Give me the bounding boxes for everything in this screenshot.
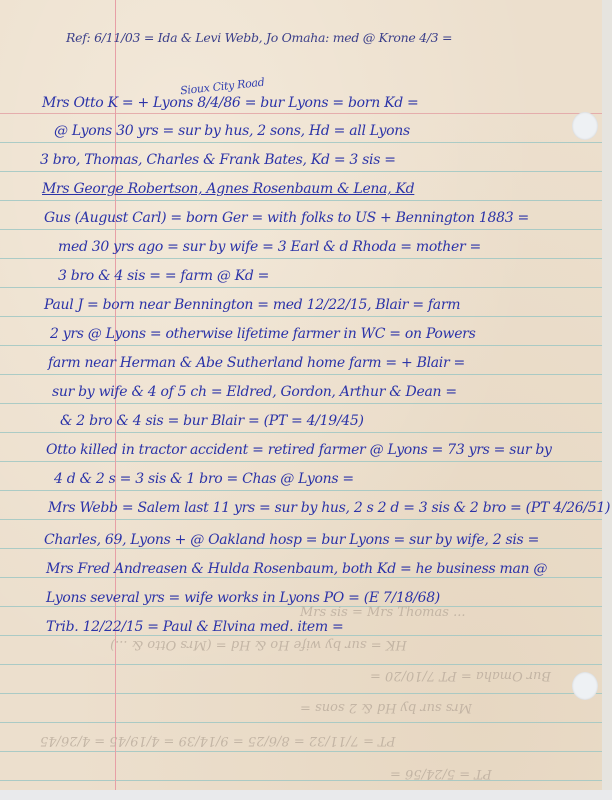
note-line: Gus (August Carl) = born Ger = with folk… [44, 210, 529, 226]
punch-hole [572, 112, 598, 140]
note-line: Mrs Otto K = + Lyons 8/4/86 = bur Lyons … [42, 95, 418, 111]
ruled-line [0, 142, 602, 143]
ruled-line [0, 635, 602, 636]
reference-note: Ref: 6/11/03 = Ida & Levi Webb, Jo Omaha… [66, 30, 452, 45]
ruled-line [0, 432, 602, 433]
note-line: 3 bro, Thomas, Charles & Frank Bates, Kd… [40, 152, 396, 168]
note-line: med 30 yrs ago = sur by wife = 3 Earl & … [58, 239, 481, 255]
note-line: Mrs George Robertson, Agnes Rosenbaum & … [42, 181, 414, 197]
ruled-line [0, 722, 602, 723]
ruled-line [0, 316, 602, 317]
punch-hole [572, 672, 598, 700]
note-line: 2 yrs @ Lyons = otherwise lifetime farme… [50, 326, 475, 342]
ruled-line [0, 577, 602, 578]
ruled-line [0, 693, 602, 694]
note-line: Lyons several yrs = wife works in Lyons … [46, 590, 440, 606]
ruled-line [0, 345, 602, 346]
note-line: 4 d & 2 s = 3 sis & 1 bro = Chas @ Lyons… [54, 471, 354, 487]
ruled-line [0, 403, 602, 404]
ruled-line [0, 461, 602, 462]
ruled-line [0, 519, 602, 520]
note-line: Trib. 12/22/15 = Paul & Elvina med. item… [46, 619, 343, 635]
note-line: sur by wife & 4 of 5 ch = Eldred, Gordon… [52, 384, 457, 400]
note-line: farm near Herman & Abe Sutherland home f… [48, 355, 465, 371]
ruled-line [0, 200, 602, 201]
note-line: Otto killed in tractor accident = retire… [46, 442, 552, 458]
note-line: Charles, 69, Lyons + @ Oakland hosp = bu… [44, 532, 539, 548]
ruled-line [0, 664, 602, 665]
ruled-line [0, 751, 602, 752]
header-rule [0, 113, 602, 114]
note-line: & 2 bro & 4 sis = bur Blair = (PT = 4/19… [60, 413, 364, 429]
note-line: 3 bro & 4 sis = = farm @ Kd = [58, 268, 269, 284]
ruled-line [0, 780, 602, 781]
note-line: Mrs Fred Andreasen & Hulda Rosenbaum, bo… [46, 561, 547, 577]
bleed-through-text: HK = sur by wife Ho & Hd = (Mrs Otto & .… [110, 637, 407, 652]
bleed-through-text: Mrs sis = Mrs Thomas ... [300, 605, 465, 620]
bleed-through-text: PT = 5/24/56 = [390, 766, 492, 781]
ruled-line [0, 548, 602, 549]
bleed-through-text: Mrs sur by Hd & 2 sons = [300, 700, 472, 715]
ruled-line [0, 171, 602, 172]
note-line: Paul J = born near Bennington = med 12/2… [44, 297, 460, 313]
bleed-through-text: PT = 7/11/32 = 8/6/25 = 9/14/39 = 4/19/4… [40, 733, 396, 748]
ruled-line [0, 287, 602, 288]
note-line: Mrs Webb = Salem last 11 yrs = sur by hu… [48, 500, 610, 516]
bleed-through-text: Bur Omaha = PT 7/10/20 = [370, 668, 551, 683]
ruled-line [0, 258, 602, 259]
scan-border [0, 790, 612, 800]
ruled-line [0, 490, 602, 491]
ruled-line [0, 229, 602, 230]
ruled-line [0, 374, 602, 375]
notebook-page: Mrs sis = Mrs Thomas ... HK = sur by wif… [0, 0, 602, 790]
note-line: @ Lyons 30 yrs = sur by hus, 2 sons, Hd … [54, 123, 410, 139]
